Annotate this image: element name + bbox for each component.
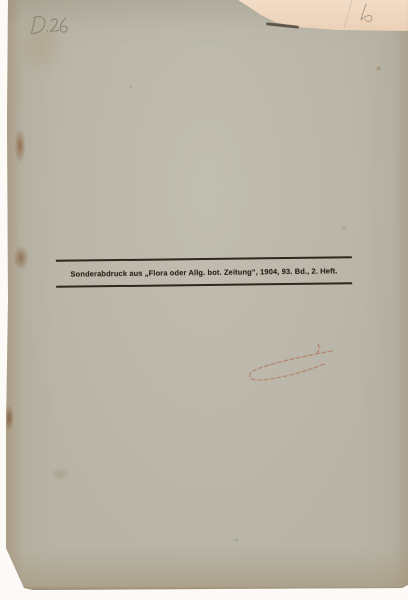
cover-bottom-edge: [6, 586, 408, 592]
stamp-text: Sonderabdruck aus „Flora oder Allg. bot.…: [70, 266, 337, 278]
stamp-box: Sonderabdruck aus „Flora oder Allg. bot.…: [56, 256, 352, 288]
scan-background: Sonderabdruck aus „Flora oder Allg. bot.…: [0, 0, 408, 600]
offprint-cover-page: [6, 0, 408, 592]
